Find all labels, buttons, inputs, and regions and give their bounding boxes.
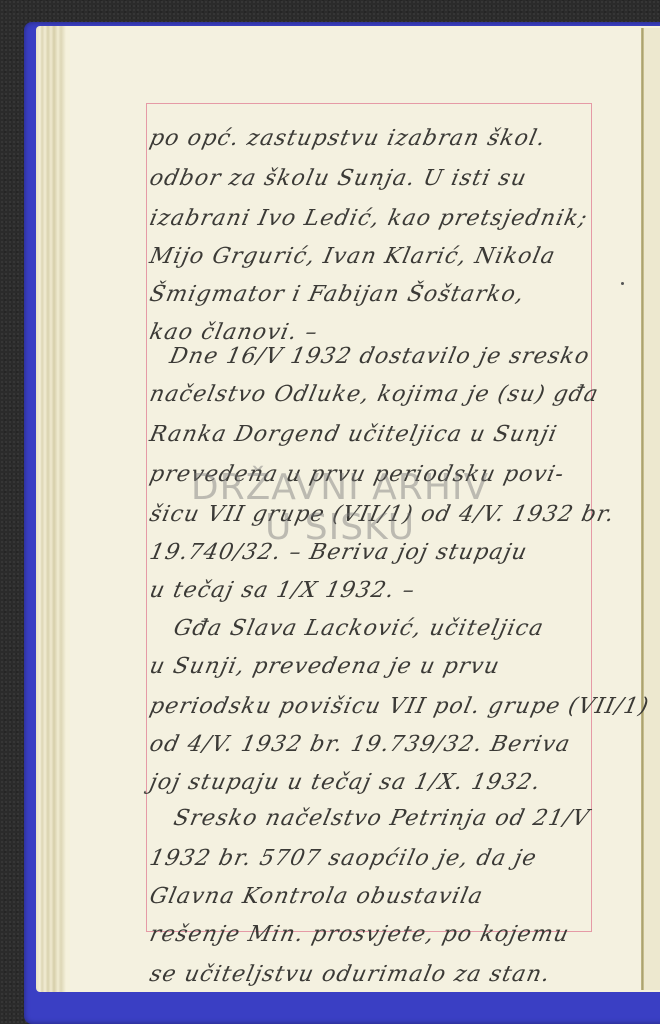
text-line: kao članovi. –: [147, 320, 320, 345]
text-line: 1932 br. 5707 saopćilo je, da je: [147, 846, 539, 871]
text-line: u Sunji, prevedena je u prvu: [147, 654, 502, 679]
text-line: od 4/V. 1932 br. 19.739/32. Beriva: [147, 732, 573, 757]
text-line: Sresko načelstvo Petrinja od 21/V: [171, 806, 592, 831]
watermark-line-1: DRŽAVNI ARHIV: [190, 468, 490, 508]
text-line: načelstvo Odluke, kojima je (su) gđa: [147, 382, 601, 407]
text-line: izabrani Ivo Ledić, kao pretsjednik;: [147, 206, 590, 231]
ink-dot: [621, 282, 624, 285]
text-line: po opć. zastupstvu izabran škol.: [147, 126, 548, 151]
text-line: Gđa Slava Lacković, učiteljica: [171, 616, 546, 641]
facing-page-edge: [644, 28, 660, 990]
text-line: se učiteljstvu odurimalo za stan.: [147, 962, 553, 987]
archive-watermark: DRŽAVNI ARHIV U SISKU: [190, 468, 490, 548]
text-line: joj stupaju u tečaj sa 1/X. 1932.: [147, 770, 543, 795]
text-line: Šmigmator i Fabijan Šoštarko,: [147, 282, 527, 307]
text-line: Dne 16/V 1932 dostavilo je sresko: [167, 344, 592, 369]
text-line: Glavna Kontrola obustavila: [147, 884, 485, 909]
text-line: periodsku povišicu VII pol. grupe (VII/1…: [147, 694, 651, 719]
text-line: u tečaj sa 1/X 1932. –: [147, 578, 417, 603]
text-line: Mijo Grgurić, Ivan Klarić, Nikola: [147, 244, 558, 269]
text-line: Ranka Dorgend učiteljica u Sunji: [147, 422, 559, 447]
watermark-line-2: U SISKU: [190, 508, 490, 548]
text-line: odbor za školu Sunja. U isti su: [147, 166, 529, 191]
text-line: rešenje Min. prosvjete, po kojemu: [147, 922, 572, 947]
